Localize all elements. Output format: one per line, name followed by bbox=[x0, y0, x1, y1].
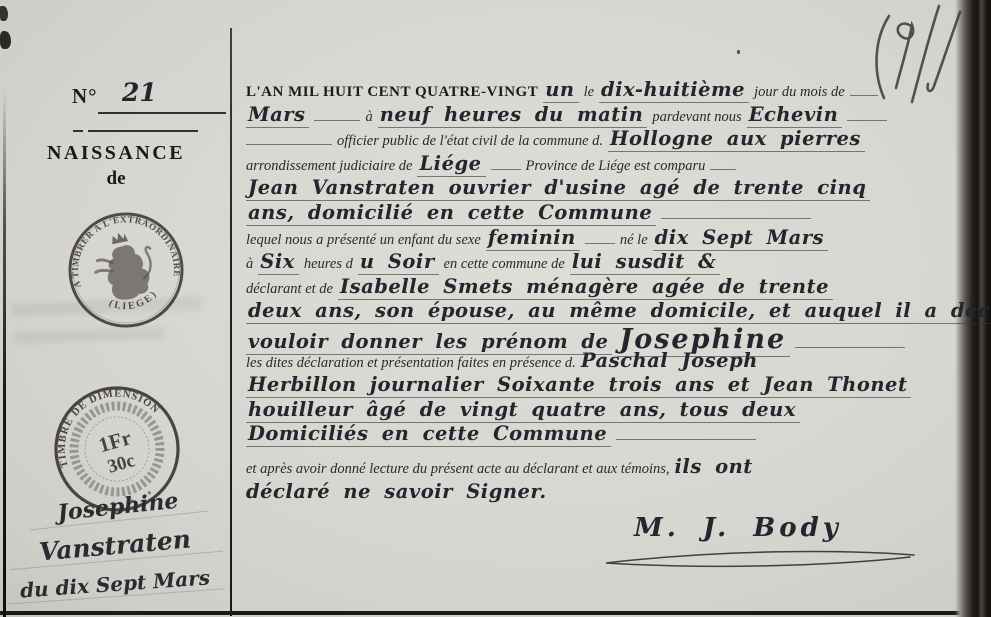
act-body: L'AN MIL HUIT CENT QUATRE-VINGTunledix-h… bbox=[246, 78, 960, 504]
handwritten-text: u Soir bbox=[358, 250, 439, 275]
handwritten-text: Echevin bbox=[747, 103, 843, 128]
handwritten-text: Mars bbox=[246, 103, 309, 128]
handwritten-text: dix-huitième bbox=[599, 78, 749, 103]
act-line: Jean Vanstraten ouvrier d'usine agé de t… bbox=[246, 176, 960, 201]
scanned-birth-record: { "colors": { "paper": "#d8d6d1", "hand_… bbox=[0, 0, 991, 617]
blank-fill-rule bbox=[616, 425, 756, 440]
handwritten-text: lui susdit & bbox=[570, 250, 720, 275]
printed-form-text: arrondissement judiciaire de bbox=[246, 158, 412, 174]
handwritten-text: Isabelle Smets ménagère agée de trente bbox=[338, 275, 833, 300]
printed-form-text: né le bbox=[620, 232, 648, 248]
handwritten-text: déclaré ne savoir Signer. bbox=[246, 480, 547, 503]
printed-form-text: officier public de l'état civil de la co… bbox=[337, 133, 603, 149]
blank-fill-rule bbox=[491, 155, 521, 170]
printed-form-text: déclarant et de bbox=[246, 281, 333, 297]
act-line: déclarant et deIsabelle Smets ménagère a… bbox=[246, 275, 960, 300]
printed-form-text: les dites déclaration et présentation fa… bbox=[246, 355, 576, 371]
act-line: Marsàneuf heures du matinpardevant nousE… bbox=[246, 103, 960, 128]
handwritten-text: ans, domicilié en cette Commune bbox=[246, 201, 656, 226]
act-line: les dites déclaration et présentation fa… bbox=[246, 349, 960, 374]
blank-fill-rule bbox=[585, 229, 615, 244]
registrar-signature: M. J. Body bbox=[634, 513, 842, 543]
number-dash bbox=[73, 130, 83, 132]
handwritten-text: houilleur âgé de vingt quatre ans, tous … bbox=[246, 398, 800, 423]
handwritten-text: Paschal Joseph bbox=[581, 349, 758, 372]
act-line: lequel nous a présenté un enfant du sexe… bbox=[246, 226, 960, 251]
printed-form-text: le bbox=[584, 84, 594, 100]
handwritten-text: Jean Vanstraten ouvrier d'usine agé de t… bbox=[246, 176, 870, 201]
act-line: déclaré ne savoir Signer. bbox=[246, 480, 960, 505]
form-vertical-divider bbox=[230, 28, 232, 616]
act-line: officier public de l'état civil de la co… bbox=[246, 127, 960, 152]
ink-blot bbox=[0, 31, 11, 49]
act-line: ans, domicilié en cette Commune bbox=[246, 201, 960, 226]
handwritten-text: Domiciliés en cette Commune bbox=[246, 422, 611, 447]
act-line: arrondissement judiciaire deLiégeProvinc… bbox=[246, 152, 960, 177]
ink-speck bbox=[737, 50, 740, 54]
act-line: Domiciliés en cette Commune bbox=[246, 422, 960, 447]
act-number-label: N° bbox=[72, 84, 98, 109]
handwritten-text: un bbox=[543, 78, 578, 103]
ink-blot bbox=[0, 6, 8, 21]
act-type-heading-de: de bbox=[0, 168, 232, 190]
printed-form-text: à bbox=[246, 256, 253, 272]
blank-fill-rule bbox=[850, 81, 878, 96]
handwritten-text: ils ont bbox=[675, 455, 753, 478]
printed-form-text: en cette commune de bbox=[444, 256, 565, 272]
number-underline bbox=[98, 112, 226, 114]
act-line: Herbillon journalier Soixante trois ans … bbox=[246, 373, 960, 398]
handwritten-text: dix Sept Mars bbox=[653, 226, 828, 251]
printed-form-text: heures d bbox=[304, 256, 353, 272]
crown-icon bbox=[110, 231, 128, 244]
act-type-heading: NAISSANCE bbox=[0, 142, 232, 165]
act-line: et après avoir donné lecture du présent … bbox=[246, 455, 960, 480]
handwritten-text: Liége bbox=[417, 152, 485, 177]
act-line: L'AN MIL HUIT CENT QUATRE-VINGTunledix-h… bbox=[246, 78, 960, 103]
blank-fill-rule bbox=[246, 130, 332, 145]
signature-row: M. J. Body bbox=[246, 513, 960, 559]
handwritten-text: Herbillon journalier Soixante trois ans … bbox=[246, 373, 911, 398]
blank-fill-rule bbox=[661, 204, 811, 219]
stamp-extraordinaire: A TIMBRER A L'EXTRAORDINAIRE ( L I E G E… bbox=[52, 195, 200, 346]
handwritten-text: Six bbox=[258, 250, 299, 275]
act-line: deux ans, son épouse, au même domicile, … bbox=[246, 299, 960, 324]
handwritten-text: Hollogne aux pierres bbox=[608, 127, 865, 152]
signature-flourish bbox=[598, 547, 918, 573]
form-bottom-border bbox=[0, 611, 960, 615]
handwritten-text: feminin bbox=[486, 226, 580, 251]
act-line: àSixheures du Soiren cette commune delui… bbox=[246, 250, 960, 275]
printed-form-text: lequel nous a présenté un enfant du sexe bbox=[246, 232, 481, 248]
printed-form-text: jour du mois de bbox=[754, 84, 845, 100]
blank-fill-rule bbox=[314, 106, 360, 121]
blank-fill-rule bbox=[795, 333, 905, 348]
act-line: vouloir donner les prénom deJosephine bbox=[246, 324, 960, 349]
number-underline bbox=[88, 130, 198, 132]
printed-caps-text: L'AN MIL HUIT CENT QUATRE-VINGT bbox=[246, 84, 538, 100]
blank-fill-rule bbox=[710, 155, 736, 170]
printed-form-text: pardevant nous bbox=[652, 109, 741, 125]
printed-form-text: Province de Liége est comparu bbox=[526, 158, 706, 174]
printed-form-text: et après avoir donné lecture du présent … bbox=[246, 461, 670, 477]
handwritten-text: neuf heures du matin bbox=[378, 103, 648, 128]
margin-note-date: du dix Sept Mars bbox=[5, 564, 224, 604]
printed-form-text: à bbox=[365, 109, 372, 125]
act-number-value: 21 bbox=[122, 78, 157, 107]
act-line: houilleur âgé de vingt quatre ans, tous … bbox=[246, 398, 960, 423]
blank-fill-rule bbox=[847, 106, 887, 121]
handwritten-text: deux ans, son épouse, au même domicile, … bbox=[246, 299, 991, 324]
